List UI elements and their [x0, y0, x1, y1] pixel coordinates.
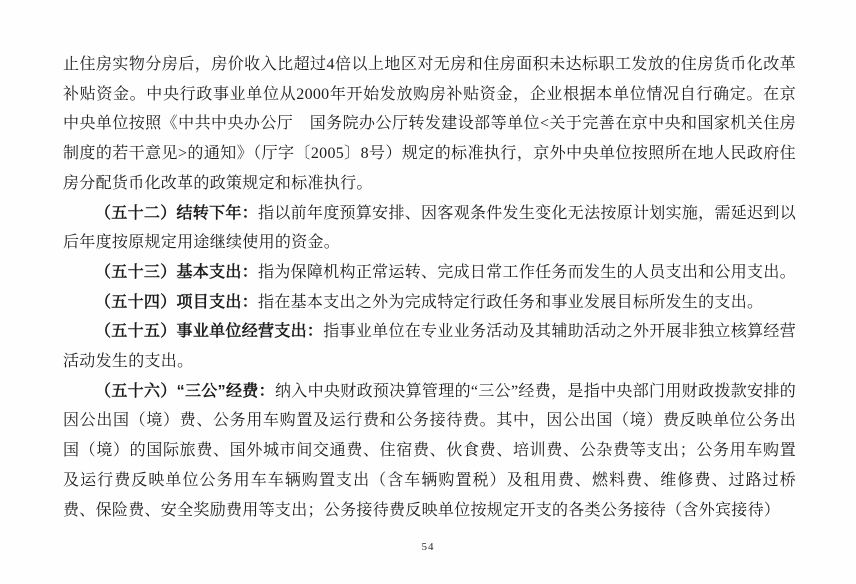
paragraph-heading: （五十四）项目支出：	[95, 294, 258, 311]
page-number: 54	[422, 541, 435, 553]
paragraph-text: 指为保障机构正常运转、完成日常工作任务而发生的人员支出和公用支出。	[258, 264, 796, 281]
paragraph-text: 指在基本支出之外为完成特定行政任务和事业发展目标所发生的支出。	[258, 294, 763, 311]
paragraph-housing-subsidy-continuation: 止住房实物分房后，房价收入比超过4倍以上地区对无房和住房面积未达标职工发放的住房…	[63, 50, 796, 199]
document-page: 止住房实物分房后，房价收入比超过4倍以上地区对无房和住房面积未达标职工发放的住房…	[0, 0, 856, 584]
paragraph-definition-55-operating-expenditure: （五十五）事业单位经营支出：指事业单位在专业业务活动及其辅助活动之外开展非独立核…	[63, 317, 796, 376]
paragraph-text: 止住房实物分房后，房价收入比超过4倍以上地区对无房和住房面积未达标职工发放的住房…	[63, 56, 796, 192]
paragraph-heading: （五十二）结转下年：	[95, 205, 258, 222]
paragraph-definition-56-three-public-funds: （五十六）“三公”经费：纳入中央财政预决算管理的“三公”经费，是指中央部门用财政…	[63, 377, 796, 526]
page-footer: 54	[0, 537, 856, 555]
paragraph-definition-54-project-expenditure: （五十四）项目支出：指在基本支出之外为完成特定行政任务和事业发展目标所发生的支出…	[63, 288, 796, 318]
paragraph-heading: （五十六）“三公”经费：	[95, 383, 275, 400]
paragraph-heading: （五十五）事业单位经营支出：	[95, 323, 323, 340]
paragraph-heading: （五十三）基本支出：	[95, 264, 258, 281]
paragraph-definition-53-basic-expenditure: （五十三）基本支出：指为保障机构正常运转、完成日常工作任务而发生的人员支出和公用…	[63, 258, 796, 288]
paragraph-text: 纳入中央财政预决算管理的“三公”经费，是指中央部门用财政拨款安排的因公出国（境）…	[63, 383, 796, 519]
document-body: 止住房实物分房后，房价收入比超过4倍以上地区对无房和住房面积未达标职工发放的住房…	[63, 50, 796, 525]
paragraph-definition-52-carryover: （五十二）结转下年：指以前年度预算安排、因客观条件发生变化无法按原计划实施，需延…	[63, 199, 796, 258]
